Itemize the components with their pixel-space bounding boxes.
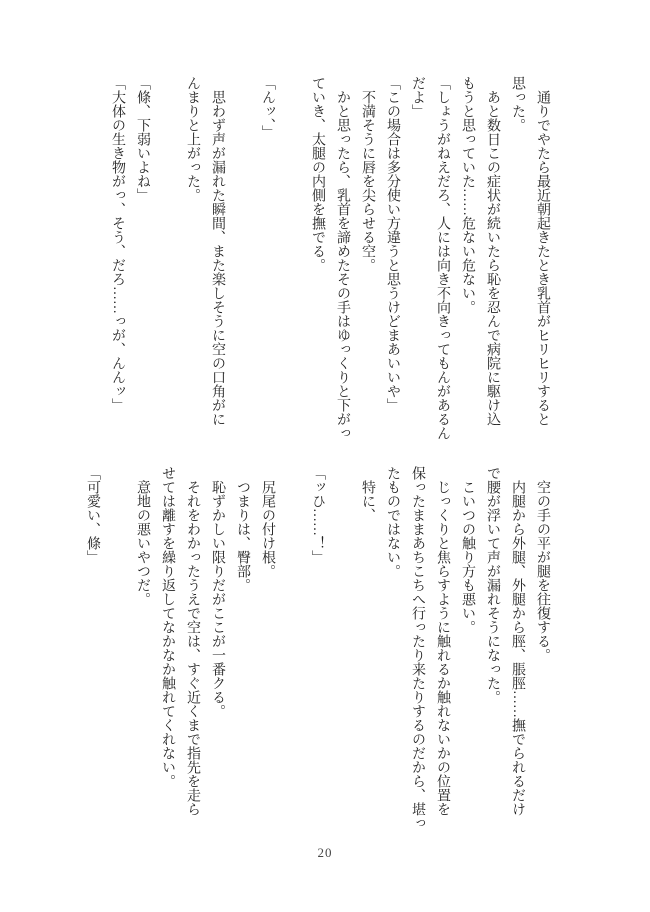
- text-line: こいつの触り方も悪い。: [455, 466, 480, 844]
- text-line: 「大体の生き物がっ、そう、だろ……っが、んんッ」: [105, 76, 130, 444]
- text-line: それをわかったうえで空は、すぐ近くまで指先を走ら: [180, 466, 205, 844]
- text-line: 思わず声が漏れた瞬間、また楽しそうに空の口角がに: [205, 76, 230, 444]
- text-line: 特に、: [355, 466, 380, 844]
- text-line: 空の手の平が腿を往復する。: [530, 466, 555, 844]
- text-line: 通りでやたら最近朝起きたとき乳首がヒリヒリすると: [530, 76, 555, 444]
- text-line: で腰が浮いて声が漏れそうになった。: [480, 466, 505, 844]
- blank-line: [280, 76, 305, 444]
- blank-line: [105, 466, 130, 844]
- text-line: もうと思っていた……危ない危ない。: [455, 76, 480, 444]
- text-line: 「ッひ……！」: [305, 466, 330, 844]
- text-line: 「條、下弱いよね」: [130, 76, 155, 444]
- text-line: 「しょうがねえだろ、人には向き不向きってもんがあるん: [430, 76, 455, 444]
- text-block-top: 通りでやたら最近朝起きたとき乳首がヒリヒリすると思った。あと数日この症状が続いた…: [105, 76, 555, 444]
- blank-line: [155, 76, 180, 444]
- text-line: 「この場合は多分使い方違うと思うけどまあいいや」: [380, 76, 405, 444]
- text-line: 意地の悪いやつだ。: [130, 466, 155, 844]
- text-block-bottom: 空の手の平が腿を往復する。内腿から外腿、外腿から脛、脹脛……撫でられるだけで腰が…: [80, 466, 555, 844]
- text-line: 恥ずかしい限りだがここが一番クる。: [205, 466, 230, 844]
- text-line: せては離すを繰り返してなかなか触れてくれない。: [155, 466, 180, 844]
- text-line: 「可愛い、條」: [80, 466, 105, 844]
- page-number: 20: [0, 845, 650, 861]
- blank-line: [280, 466, 305, 844]
- text-line: つまりは、臀部。: [230, 466, 255, 844]
- text-line: 「んッ、」: [255, 76, 280, 444]
- text-line: だよ」: [405, 76, 430, 444]
- text-line: 尻尾の付け根。: [255, 466, 280, 844]
- text-line: じっくりと焦らすように触れるか触れないかの位置を: [430, 466, 455, 844]
- text-line: あと数日この症状が続いたら恥を忍んで病院に駆け込: [480, 76, 505, 444]
- text-line: 不満そうに唇を尖らせる空。: [355, 76, 380, 444]
- text-line: んまりと上がった。: [180, 76, 205, 444]
- text-line: 内腿から外腿、外腿から脛、脹脛……撫でられるだけ: [505, 466, 530, 844]
- text-line: たものではない。: [380, 466, 405, 844]
- text-line: 保ったままあちこちへ行ったり来たりするのだから、堪っ: [405, 466, 430, 844]
- text-line: 思った。: [505, 76, 530, 444]
- blank-line: [330, 466, 355, 844]
- text-line: ていき、太腿の内側を撫でる。: [305, 76, 330, 444]
- text-line: かと思ったら、乳首を諦めたその手はゆっくりと下がっ: [330, 76, 355, 444]
- blank-line: [230, 76, 255, 444]
- novel-page: 通りでやたら最近朝起きたとき乳首がヒリヒリすると思った。あと数日この症状が続いた…: [0, 0, 650, 912]
